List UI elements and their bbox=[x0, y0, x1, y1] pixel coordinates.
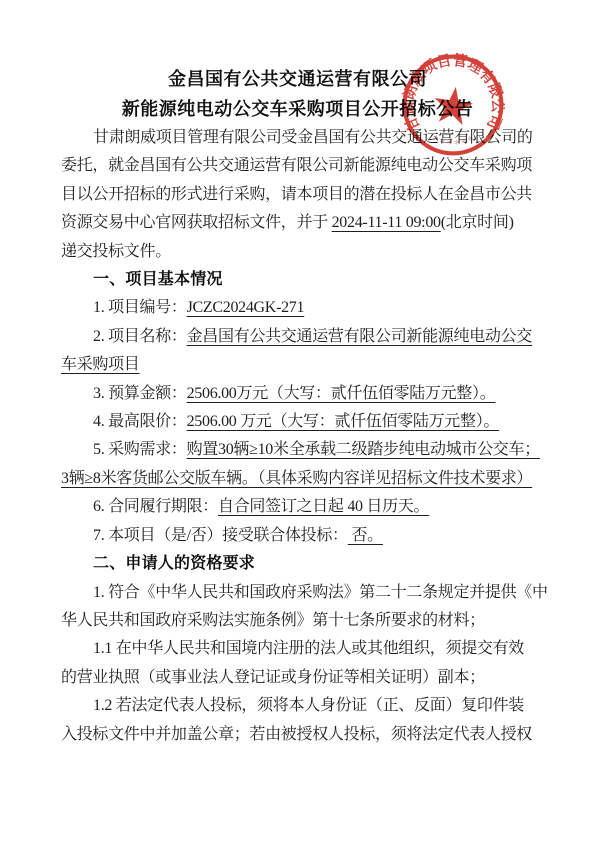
text-line: 一、项目基本情况 bbox=[61, 266, 534, 294]
text-line: 1.2 若法定代表人投标，须将本人身份证（正、反面）复印件装 bbox=[61, 692, 534, 720]
text-segment: 甘肃朗威项目管理有限公司受金昌国有公共交通运营有限公司的 bbox=[93, 129, 533, 146]
text-segment: 7. 本项目（是/否）接受联合体投标： bbox=[93, 527, 348, 544]
intro-paragraph: 甘肃朗威项目管理有限公司受金昌国有公共交通运营有限公司的委托，就金昌国有公共交通… bbox=[61, 124, 534, 266]
document-body: 甘肃朗威项目管理有限公司受金昌国有公共交通运营有限公司的委托，就金昌国有公共交通… bbox=[61, 124, 534, 749]
text-segment: 入投标文件中并加盖公章；若由被授权人投标，须将法定代表人授权 bbox=[61, 726, 532, 743]
text-line: 入投标文件中并加盖公章；若由被授权人投标，须将法定代表人授权 bbox=[61, 721, 534, 749]
text-segment: 华人民共和国政府采购法实施条例》第十七条所要求的材料； bbox=[61, 612, 485, 629]
text-line: 甘肃朗威项目管理有限公司受金昌国有公共交通运营有限公司的 bbox=[61, 124, 534, 152]
underlined-value: 3辆≥8米客货邮公交版车辆。（具体采购内容详见招标文件技术要求） bbox=[61, 470, 532, 487]
text-line: 6. 合同履行期限：自合同签订之日起 40 日历天。 bbox=[61, 493, 534, 521]
item-project-name: 2. 项目名称：金昌国有公共交通运营有限公司新能源纯电动公交车采购项目 bbox=[61, 323, 534, 380]
text-segment: 1. 项目编号： bbox=[93, 299, 187, 316]
text-line: 1. 符合《中华人民共和国政府采购法》第二十二条规定并提供《中 bbox=[61, 579, 534, 607]
section-2-heading: 二、申请人的资格要求 bbox=[61, 550, 534, 578]
text-segment: 1. 符合《中华人民共和国政府采购法》第二十二条规定并提供《中 bbox=[93, 584, 548, 601]
document-title-line-2: 新能源纯电动公交车采购项目公开招标公告 bbox=[61, 94, 534, 124]
item-project-number: 1. 项目编号：JCZC2024GK-271 bbox=[61, 294, 534, 322]
text-line: 1.1 在中华人民共和国境内注册的法人或其他组织，须提交有效 bbox=[61, 635, 534, 663]
text-segment: 的营业执照（或事业法人登记证或身份证等相关证明）副本； bbox=[61, 669, 485, 686]
text-segment: (北京时间) bbox=[441, 214, 514, 231]
item-procurement-requirements: 5. 采购需求：购置30辆≥10米全承载二级踏步纯电动城市公交车；3辆≥8米客货… bbox=[61, 436, 534, 493]
text-line: 华人民共和国政府采购法实施条例》第十七条所要求的材料； bbox=[61, 607, 534, 635]
text-line: 7. 本项目（是/否）接受联合体投标： 否。 bbox=[61, 522, 534, 550]
text-segment: 6. 合同履行期限： bbox=[93, 498, 218, 515]
text-line: 委托，就金昌国有公共交通运营有限公司新能源纯电动公交车采购项 bbox=[61, 152, 534, 180]
requirement-1-2: 1.2 若法定代表人投标，须将本人身份证（正、反面）复印件装入投标文件中并加盖公… bbox=[61, 692, 534, 749]
text-line: 4. 最高限价：2506.00 万元（大写：贰仟伍佰零陆万元整）。 bbox=[61, 408, 534, 436]
text-line: 2. 项目名称：金昌国有公共交通运营有限公司新能源纯电动公交 bbox=[61, 323, 534, 351]
text-segment: 3. 预算金额： bbox=[93, 385, 187, 402]
underlined-value: 自合同签订之日起 40 日历天。 bbox=[218, 498, 429, 515]
text-segment: 1.1 在中华人民共和国境内注册的法人或其他组织，须提交有效 bbox=[93, 640, 524, 657]
item-max-price: 4. 最高限价：2506.00 万元（大写：贰仟伍佰零陆万元整）。 bbox=[61, 408, 534, 436]
text-segment: 二、申请人的资格要求 bbox=[93, 555, 255, 572]
text-line: 车采购项目 bbox=[61, 351, 534, 379]
underlined-value: JCZC2024GK-271 bbox=[187, 299, 305, 316]
item-consortium-bidding: 7. 本项目（是/否）接受联合体投标： 否。 bbox=[61, 522, 534, 550]
text-segment: 目以公开招标的形式进行采购，请本项目的潜在投标人在金昌市公共 bbox=[61, 186, 532, 203]
item-budget-amount: 3. 预算金额：2506.00万元（大写：贰仟伍佰零陆万元整）。 bbox=[61, 380, 534, 408]
underlined-value: 否。 bbox=[348, 527, 383, 544]
text-line: 递交投标文件。 bbox=[61, 238, 534, 266]
item-contract-period: 6. 合同履行期限：自合同签订之日起 40 日历天。 bbox=[61, 493, 534, 521]
text-line: 5. 采购需求：购置30辆≥10米全承载二级踏步纯电动城市公交车； bbox=[61, 436, 534, 464]
text-segment: 1.2 若法定代表人投标，须将本人身份证（正、反面）复印件装 bbox=[93, 697, 524, 714]
underlined-value: 车采购项目 bbox=[61, 356, 140, 373]
underlined-value: 2024-11-11 09:00 bbox=[332, 214, 441, 231]
text-line: 3辆≥8米客货邮公交版车辆。（具体采购内容详见招标文件技术要求） bbox=[61, 465, 534, 493]
underlined-value: 2506.00 万元（大写：贰仟伍佰零陆万元整）。 bbox=[187, 413, 500, 430]
text-line: 资源交易中心官网获取招标文件，并于 2024-11-11 09:00(北京时间) bbox=[61, 209, 534, 237]
text-segment: 4. 最高限价： bbox=[93, 413, 187, 430]
text-segment: 资源交易中心官网获取招标文件，并于 bbox=[61, 214, 332, 231]
text-line: 1. 项目编号：JCZC2024GK-271 bbox=[61, 294, 534, 322]
document-page: 金昌国有公共交通运营有限公司 新能源纯电动公交车采购项目公开招标公告 甘肃朗威项… bbox=[0, 0, 595, 841]
document-content: 金昌国有公共交通运营有限公司 新能源纯电动公交车采购项目公开招标公告 甘肃朗威项… bbox=[61, 64, 534, 749]
section-1-heading: 一、项目基本情况 bbox=[61, 266, 534, 294]
text-line: 的营业执照（或事业法人登记证或身份证等相关证明）副本； bbox=[61, 664, 534, 692]
text-segment: 递交投标文件。 bbox=[61, 243, 171, 260]
underlined-value: 金昌国有公共交通运营有限公司新能源纯电动公交 bbox=[187, 328, 532, 345]
text-segment: 一、项目基本情况 bbox=[93, 271, 223, 288]
text-segment: 5. 采购需求： bbox=[93, 441, 187, 458]
text-segment: 2. 项目名称： bbox=[93, 328, 187, 345]
underlined-value: 购置30辆≥10米全承载二级踏步纯电动城市公交车； bbox=[187, 441, 540, 458]
text-line: 二、申请人的资格要求 bbox=[61, 550, 534, 578]
text-segment: 委托，就金昌国有公共交通运营有限公司新能源纯电动公交车采购项 bbox=[61, 157, 532, 174]
underlined-value: 2506.00万元（大写：贰仟伍佰零陆万元整）。 bbox=[187, 385, 496, 402]
requirement-1: 1. 符合《中华人民共和国政府采购法》第二十二条规定并提供《中华人民共和国政府采… bbox=[61, 579, 534, 636]
text-line: 目以公开招标的形式进行采购，请本项目的潜在投标人在金昌市公共 bbox=[61, 181, 534, 209]
text-line: 3. 预算金额：2506.00万元（大写：贰仟伍佰零陆万元整）。 bbox=[61, 380, 534, 408]
requirement-1-1: 1.1 在中华人民共和国境内注册的法人或其他组织，须提交有效的营业执照（或事业法… bbox=[61, 635, 534, 692]
document-title-line-1: 金昌国有公共交通运营有限公司 bbox=[61, 64, 534, 94]
